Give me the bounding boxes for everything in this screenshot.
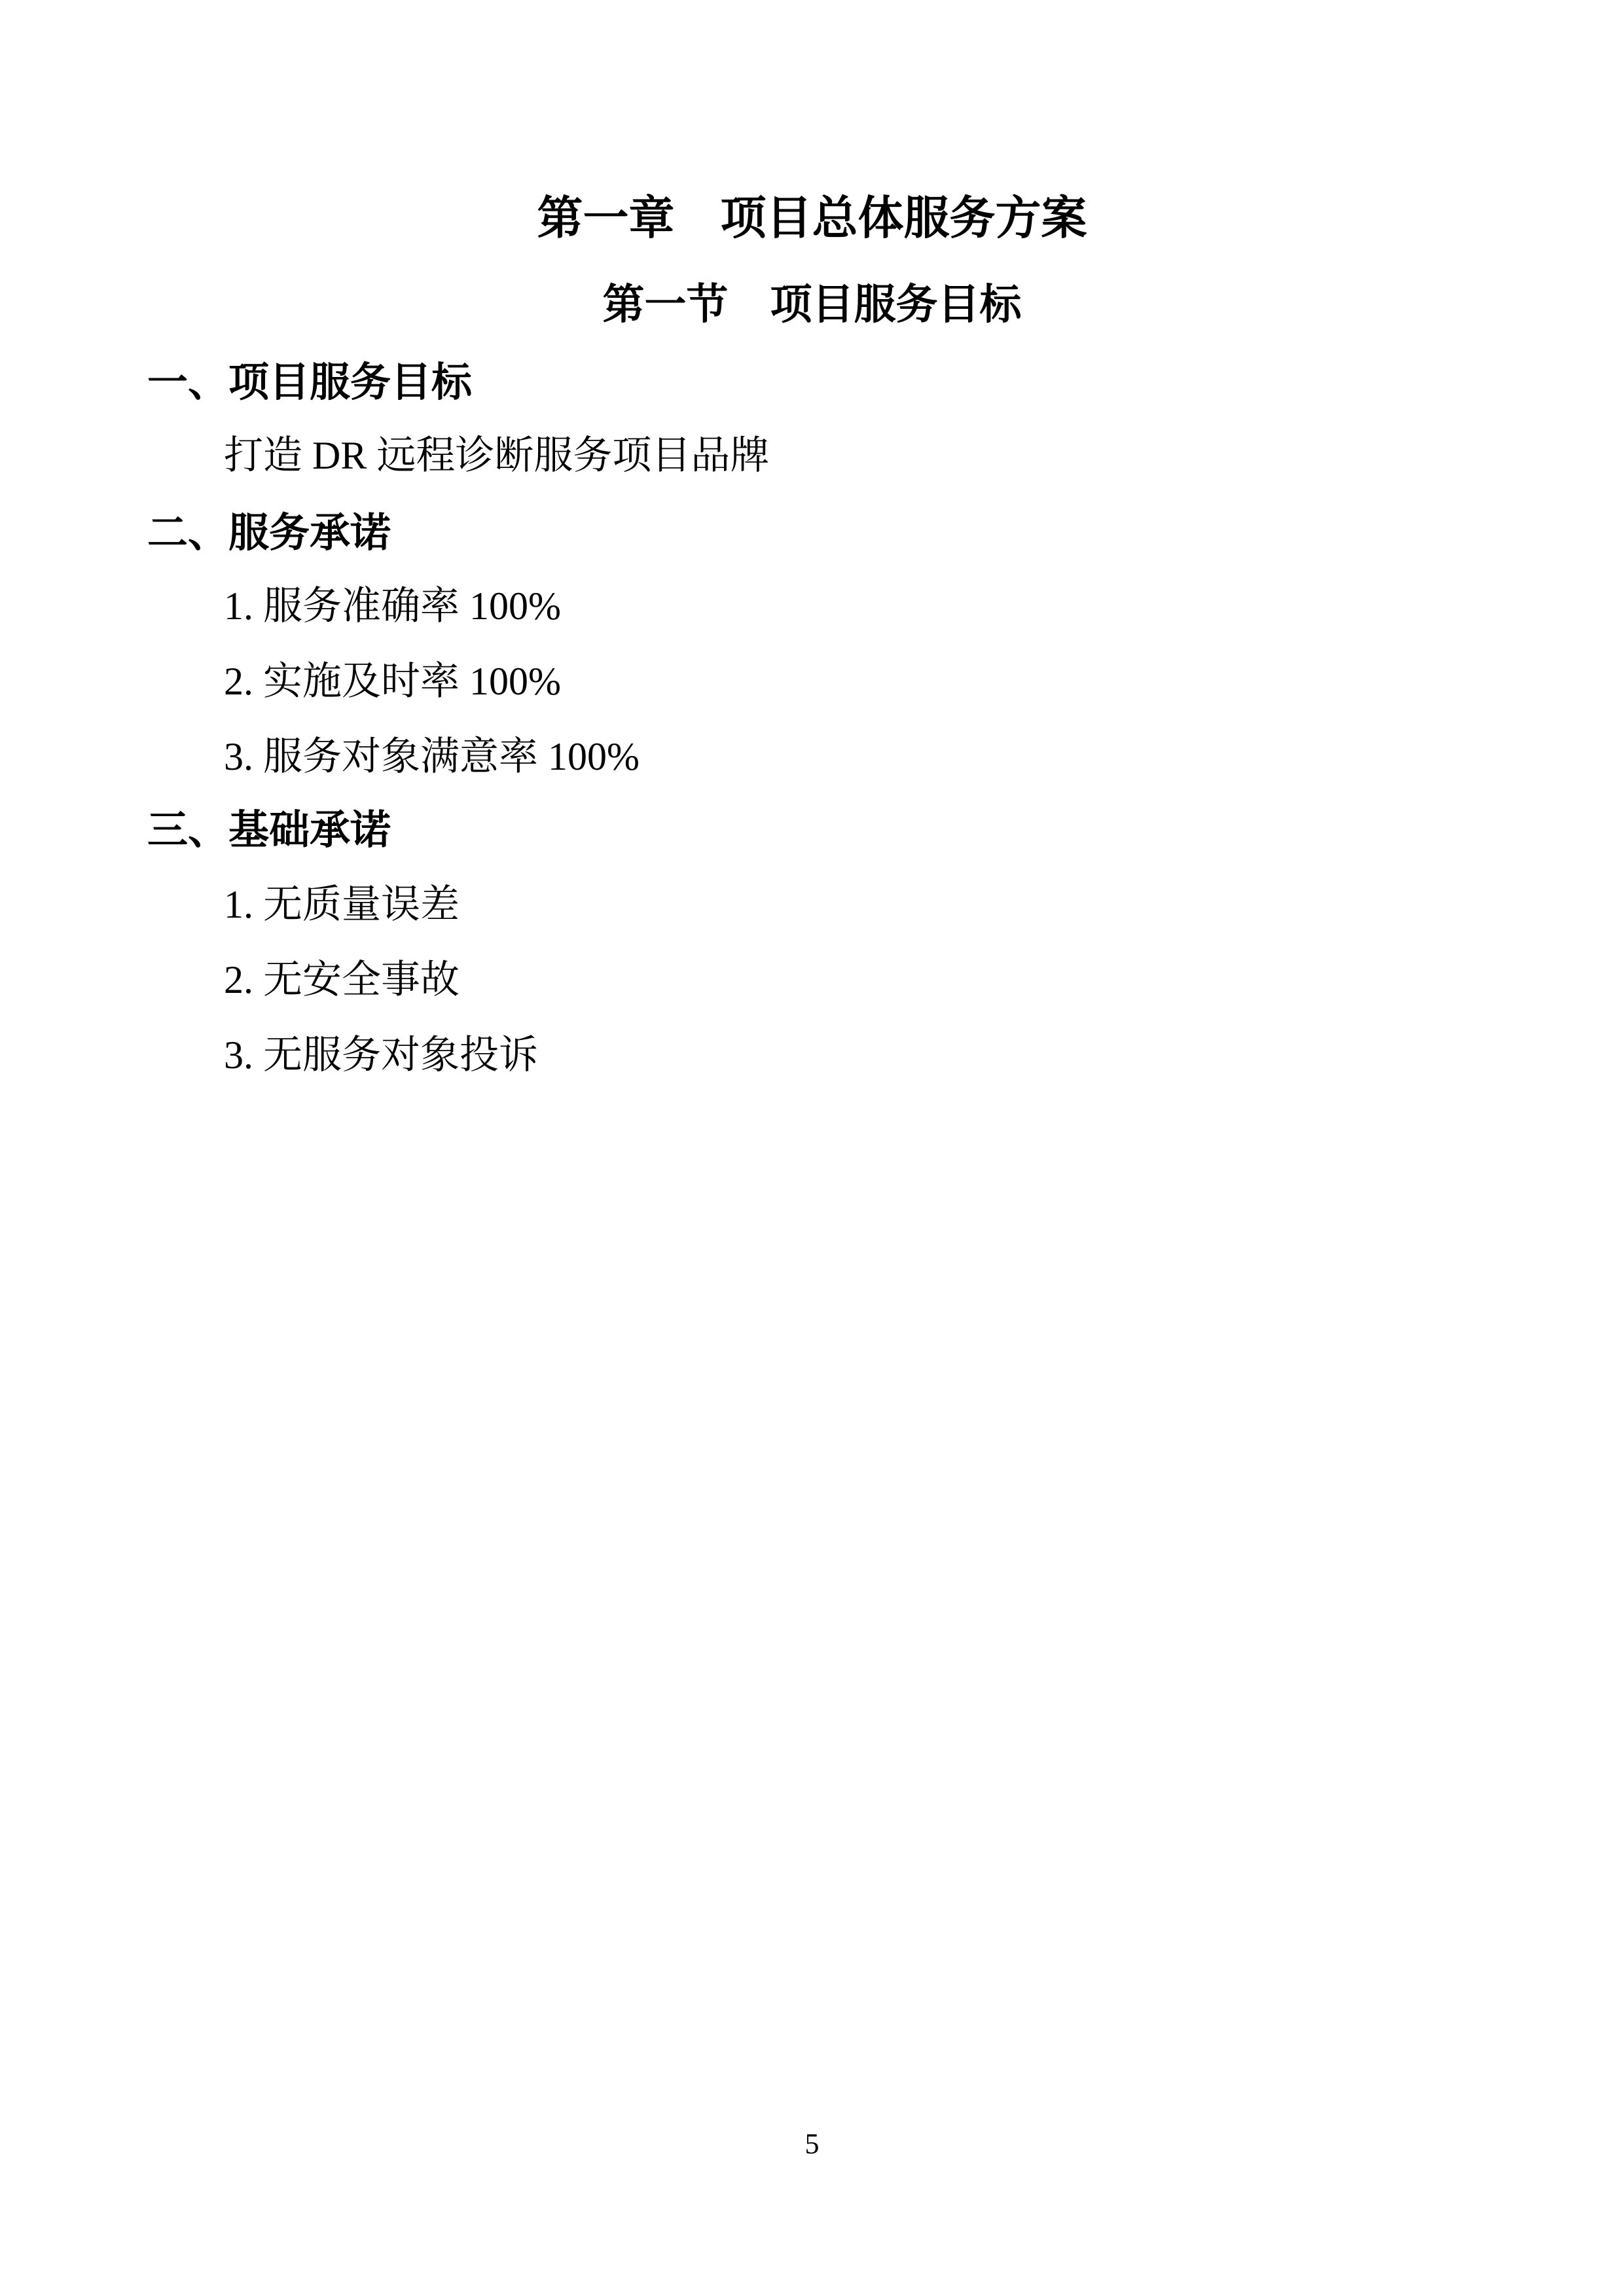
- heading-service-commitment: 二、服务承诺: [147, 513, 391, 554]
- document-page: 第一章 项目总体服务方案 第一节 项目服务目标 一、项目服务目标 打造 DR 远…: [0, 0, 1624, 2296]
- paragraph-service-goal: 打造 DR 远程诊断服务项目品牌: [224, 436, 769, 475]
- list-item: 2. 实施及时率 100%: [224, 662, 561, 701]
- list-item: 3. 无服务对象投诉: [224, 1035, 538, 1075]
- heading-basic-commitment: 三、基础承诺: [147, 810, 391, 851]
- section-title: 第一节 项目服务目标: [0, 284, 1624, 326]
- list-item: 1. 服务准确率 100%: [224, 586, 561, 626]
- list-item: 3. 服务对象满意率 100%: [224, 737, 640, 776]
- chapter-title: 第一章 项目总体服务方案: [0, 196, 1624, 242]
- list-item: 2. 无安全事故: [224, 960, 460, 999]
- page-number: 5: [0, 2130, 1624, 2159]
- list-item: 1. 无质量误差: [224, 885, 460, 924]
- heading-project-service-goal: 一、项目服务目标: [147, 363, 472, 403]
